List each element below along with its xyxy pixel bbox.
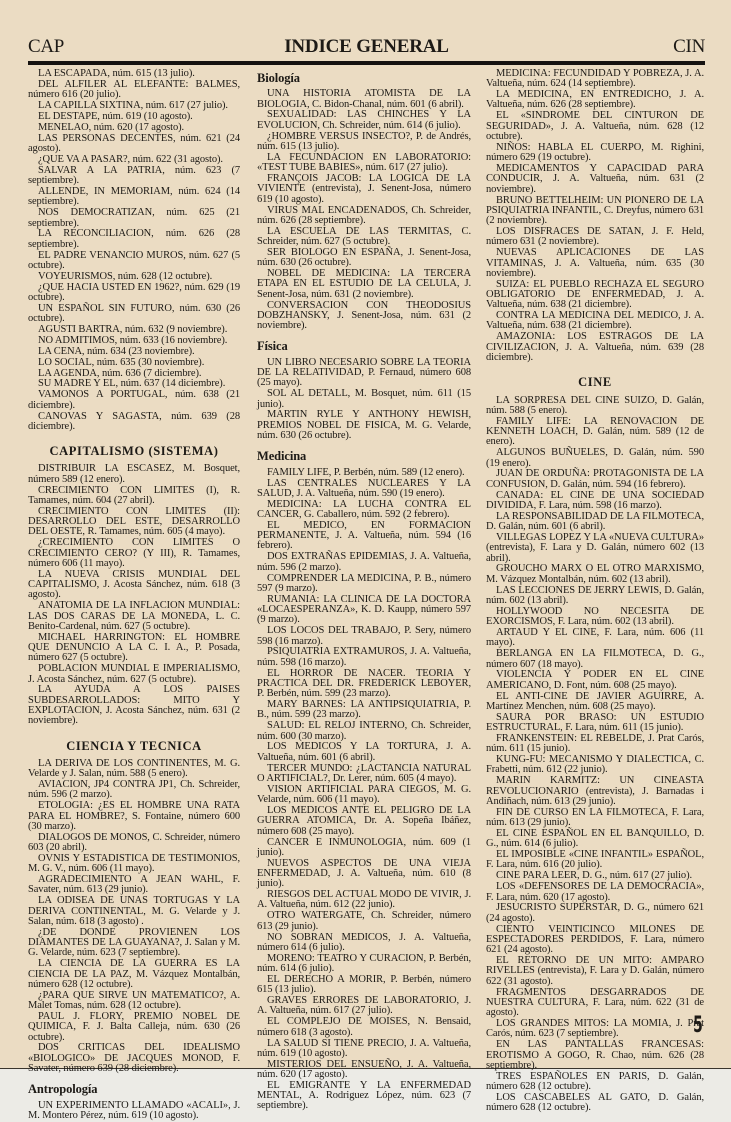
index-entry: ANATOMIA DE LA INFLACION MUNDIAL: LAS DO…	[28, 601, 240, 632]
index-entry: LOS MEDICOS ANTE EL PELIGRO DE LA GUERRA…	[257, 806, 471, 837]
subsection-heading: Medicina	[257, 451, 471, 461]
index-entry: VISION ARTIFICIAL PARA CIEGOS, M. G. Vel…	[257, 785, 471, 806]
index-entry: CONTRA LA MEDICINA DEL MEDICO, J. A. Val…	[486, 311, 704, 332]
index-entry: CRECIMIENTO CON LIMITES (I), R. Tamames,…	[28, 486, 240, 507]
index-entry: SALVAR A LA PATRIA, núm. 623 (7 septiemb…	[28, 166, 240, 187]
index-entry: LA RECONCILIACION, núm. 626 (28 septiemb…	[28, 229, 240, 250]
index-entry: JUAN DE ORDUÑA: PROTAGONISTA DE LA CONFU…	[486, 469, 704, 490]
index-entry: LA AYUDA A LOS PAISES SUBDESARROLLADOS: …	[28, 685, 240, 726]
index-entry: CIENTO VEINTICINCO MILONES DE ESPECTADOR…	[486, 925, 704, 956]
index-entry: AVIACION, JP4 CONTRA JP1, Ch. Schreider,…	[28, 780, 240, 801]
index-entry: LAS LECCIONES DE JERRY LEWIS, D. Galán, …	[486, 586, 704, 607]
index-entry: ¿CRECIMIENTO CON LIMITES O CRECIMIENTO C…	[28, 538, 240, 569]
index-entry: VAMONOS A PORTUGAL, núm. 638 (21 diciemb…	[28, 390, 240, 411]
index-entry: UN ESPAÑOL SIN FUTURO, núm. 630 (26 octu…	[28, 304, 240, 325]
index-entry: BRUNO BETTELHEIM: UN PIONERO DE LA PSIQU…	[486, 196, 704, 227]
index-entry: LA AGENDA, núm. 636 (7 diciembre).	[28, 369, 240, 379]
index-entry: NOBEL DE MEDICINA: LA TERCERA ETAPA EN E…	[257, 269, 471, 300]
index-entry: FRANKENSTEIN: EL REBELDE, J. Prat Carós,…	[486, 734, 704, 755]
index-entry: AGRADECIMIENTO A JEAN WAHL, F. Savater, …	[28, 875, 240, 896]
index-entry: EL ANTI-CINE DE JAVIER AGUIRRE, A. Martí…	[486, 692, 704, 713]
index-entry: SOL AL DETALL, M. Bosquet, núm. 611 (15 …	[257, 389, 471, 410]
index-entry: FIN DE CURSO EN LA FILMOTECA, F. Lara, n…	[486, 808, 704, 829]
section-heading: CIENCIA Y TECNICA	[28, 741, 240, 751]
index-entry: MEDICAMENTOS Y CAPACIDAD PARA CONDUCIR, …	[486, 164, 704, 195]
index-entry: LA ESCAPADA, núm. 615 (13 julio).	[28, 69, 240, 79]
index-entry: FAMILY LIFE, P. Berbén, núm. 589 (12 ene…	[257, 468, 471, 478]
index-entry: LA SALUD SI TIENE PRECIO, J. A. Valtueña…	[257, 1039, 471, 1060]
index-entry: ¿QUE HACIA USTED EN 1962?, núm. 629 (19 …	[28, 283, 240, 304]
index-entry: ¿PARA QUE SIRVE UN MATEMATICO?, A. Malet…	[28, 991, 240, 1012]
index-entry: EL «SINDROME DEL CINTURON DE SEGURIDAD»,…	[486, 111, 704, 142]
header-right-keyword: CIN	[673, 36, 705, 58]
index-entry: LA NUEVA CRISIS MUNDIAL DEL CAPITALISMO,…	[28, 570, 240, 601]
index-entry: LA CENA, núm. 634 (23 noviembre).	[28, 347, 240, 357]
index-entry: EL DESTAPE, núm. 619 (10 agosto).	[28, 112, 240, 122]
index-entry: EL MEDICO, EN FORMACION PERMANENTE, J. A…	[257, 521, 471, 552]
index-entry: ALGUNOS BUÑUELES, D. Galán, núm. 590 (19…	[486, 448, 704, 469]
index-entry: FRAGMENTOS DESGARRADOS DE NUESTRA CULTUR…	[486, 988, 704, 1019]
index-entry: CRECIMIENTO CON LIMITES (II): DESARROLLO…	[28, 507, 240, 538]
index-entry: NIÑOS: HABLA EL CUERPO, M. Righini, núme…	[486, 143, 704, 164]
index-entry: LA SORPRESA DEL CINE SUIZO, D. Galán, nú…	[486, 396, 704, 417]
index-entry: RIESGOS DEL ACTUAL MODO DE VIVIR, J. A. …	[257, 890, 471, 911]
index-entry: CONVERSACION CON THEODOSIUS DOBZHANSKY, …	[257, 301, 471, 332]
page-title: INDICE GENERAL	[28, 36, 705, 58]
index-entry: VIRUS MAL ENCADENADOS, Ch. Schreider, nú…	[257, 206, 471, 227]
index-entry: AGUSTI BARTRA, núm. 632 (9 noviembre).	[28, 325, 240, 335]
index-entry: LOS MEDICOS Y LA TORTURA, J. A. Valtueña…	[257, 742, 471, 763]
index-entry: LA CAPILLA SIXTINA, núm. 617 (27 julio).	[28, 101, 240, 111]
index-entry: LA MEDICINA, EN ENTREDICHO, J. A. Valtue…	[486, 90, 704, 111]
index-entry: PAUL J. FLORY, PREMIO NOBEL DE QUIMICA, …	[28, 1012, 240, 1043]
page-number: 5	[693, 1013, 703, 1038]
index-entry: DOS CRITICAS DEL IDEALISMO «BIOLOGICO» D…	[28, 1043, 240, 1071]
index-entry: PSIQUIATRIA EXTRAMUROS, J. A. Valtueña, …	[257, 647, 471, 668]
index-entry: SAURA POR BRASO: UN ESTUDIO ESTRUCTURAL,…	[486, 713, 704, 734]
index-entry: EL CINE ESPAÑOL EN EL BANQUILLO, D. G., …	[486, 829, 704, 850]
index-entry: FAMILY LIFE: LA RENOVACION DE KENNETH LO…	[486, 417, 704, 448]
index-entry: LA RESPONSABILIDAD DE LA FILMOTECA, D. G…	[486, 512, 704, 533]
index-entry: DEL ALFILER AL ELEFANTE: BALMES, número …	[28, 80, 240, 101]
index-entry: BERLANGA EN LA FILMOTECA, D. G., número …	[486, 649, 704, 670]
subsection-heading: Física	[257, 341, 471, 351]
index-entry: NUEVOS ASPECTOS DE UNA VIEJA ENFERMEDAD,…	[257, 859, 471, 890]
index-entry: EL COMPLEJO DE MOISES, N. Bensaid, númer…	[257, 1017, 471, 1038]
index-entry: EL DERECHO A MORIR, P. Berbén, número 61…	[257, 975, 471, 996]
index-entry: FRANÇOIS JACOB: LA LOGICA DE LA VIVIENTE…	[257, 174, 471, 205]
section-heading: CAPITALISMO (SISTEMA)	[28, 446, 240, 456]
index-entry: ¿DE DONDE PROVIENEN LOS DIAMANTES DE LA …	[28, 928, 240, 959]
index-entry: JESUCRISTO SUPERSTAR, D. G., número 621 …	[486, 903, 704, 924]
index-entry: SU MADRE Y EL, núm. 637 (14 diciembre).	[28, 379, 240, 389]
index-entry: EL RETORNO DE UN MITO: AMPARO RIVELLES (…	[486, 956, 704, 987]
running-header: CAP INDICE GENERAL CIN	[28, 36, 705, 60]
index-entry: MEDICINA: FECUNDIDAD Y POBREZA, J. A. Va…	[486, 69, 704, 90]
index-entry: NUEVAS APLICACIONES DE LAS VITAMINAS, J.…	[486, 248, 704, 279]
index-entry: HOLLYWOOD NO NECESITA DE EXORCISMOS, F. …	[486, 607, 704, 628]
index-entry: LOS «DEFENSORES DE LA DEMOCRACIA», F. La…	[486, 882, 704, 903]
index-entry: OVNIS Y ESTADISTICA DE TESTIMONIOS, M. G…	[28, 854, 240, 875]
index-entry: DISTRIBUIR LA ESCASEZ, M. Bosquet, númer…	[28, 464, 240, 485]
index-entry: EN LAS PANTALLAS FRANCESAS: EROTISMO A G…	[486, 1040, 704, 1071]
index-entry: MARIN KARMITZ: UN CINEASTA REVOLUCIONARI…	[486, 776, 704, 807]
index-entry: ARTAUD Y EL CINE, F. Lara, núm. 606 (11 …	[486, 628, 704, 649]
index-entry: POBLACION MUNDIAL E IMPERIALISMO, J. Aco…	[28, 664, 240, 685]
index-entry: LA ODISEA DE UNAS TORTUGAS Y LA DERIVA C…	[28, 896, 240, 927]
index-entry: LOS LOCOS DEL TRABAJO, P. Sery, número 5…	[257, 626, 471, 647]
index-entry: EL PADRE VENANCIO MUROS, núm. 627 (5 oct…	[28, 251, 240, 272]
index-page: CAP INDICE GENERAL CIN LA ESCAPADA, núm.…	[0, 0, 731, 1069]
index-entry: SEXUALIDAD: LAS CHINCHES Y LA EVOLUCION,…	[257, 110, 471, 131]
index-entry: DIALOGOS DE MONOS, C. Schreider, número …	[28, 833, 240, 854]
index-entry: COMPRENDER LA MEDICINA, P. B., número 59…	[257, 574, 471, 595]
index-entry: CANADA: EL CINE DE UNA SOCIEDAD DIVIDIDA…	[486, 491, 704, 512]
index-entry: MEDICINA: LA LUCHA CONTRA EL CANCER, G. …	[257, 500, 471, 521]
index-entry: KUNG-FU: MECANISMO Y DIALECTICA, C. Frab…	[486, 755, 704, 776]
index-entry: LO SOCIAL, núm. 635 (30 noviembre).	[28, 358, 240, 368]
index-entry: ¿QUE VA A PASAR?, núm. 622 (31 agosto).	[28, 155, 240, 165]
index-entry: ETOLOGIA: ¿ES EL HOMBRE UNA RATA PARA EL…	[28, 801, 240, 832]
column-1: LA ESCAPADA, núm. 615 (13 julio).DEL ALF…	[28, 69, 240, 1071]
index-entry: LA CIENCIA DE LA GUERRA ES LA CIENCIA DE…	[28, 959, 240, 990]
index-entry: CANCER E INMUNOLOGIA, núm. 609 (1 junio)…	[257, 838, 471, 859]
index-entry: GRAVES ERRORES DE LABORATORIO, J. A. Val…	[257, 996, 471, 1017]
header-rule	[28, 61, 705, 65]
index-entry: NO ADMITIMOS, núm. 633 (16 noviembre).	[28, 336, 240, 346]
index-entry: MENELAO, núm. 620 (17 agosto).	[28, 123, 240, 133]
index-entry: MORENO: TEATRO Y CURACION, P. Berbén, nú…	[257, 954, 471, 975]
index-entry: LAS CENTRALES NUCLEARES Y LA SALUD, J. A…	[257, 479, 471, 500]
index-entry: VOYEURISMOS, núm. 628 (12 octubre).	[28, 272, 240, 282]
index-entry: MISTERIOS DEL ENSUEÑO, J. A. Valtueña, n…	[257, 1060, 471, 1071]
index-entry: LA ESCUELA DE LAS TERMITAS, C. Schreider…	[257, 227, 471, 248]
index-entry: ¿HOMBRE VERSUS INSECTO?, P. de Andrés, n…	[257, 132, 471, 153]
index-entry: OTRO WATERGATE, Ch. Schreider, número 61…	[257, 911, 471, 932]
index-entry: EL HORROR DE NACER. TEORIA Y PRACTICA DE…	[257, 669, 471, 700]
index-entry: LA FECUNDACION EN LABORATORIO: «TEST TUB…	[257, 153, 471, 174]
index-entry: CINE PARA LEER, D. G., núm. 617 (27 juli…	[486, 871, 704, 881]
index-entry: NO SOBRAN MEDICOS, J. A. Valtueña, númer…	[257, 933, 471, 954]
index-entry: SALUD: EL RELOJ INTERNO, Ch. Schreider, …	[257, 721, 471, 742]
index-entry: LOS DISFRACES DE SATAN, J. F. Held, núme…	[486, 227, 704, 248]
index-entry: DOS EXTRAÑAS EPIDEMIAS, J. A. Valtueña, …	[257, 552, 471, 573]
index-entry: SUIZA: EL PUEBLO RECHAZA EL SEGURO OBLIG…	[486, 280, 704, 311]
index-entry: NOS DEMOCRATIZAN, núm. 625 (21 septiembr…	[28, 208, 240, 229]
index-entry: ALLENDE, IN MEMORIAM, núm. 624 (14 septi…	[28, 187, 240, 208]
index-entry: VIOLENCIA Y PODER EN EL CINE AMERICANO, …	[486, 670, 704, 691]
index-entry: AMAZONIA: LOS ESTRAGOS DE LA CIVILIZACIO…	[486, 332, 704, 363]
index-entry: RUMANIA: LA CLINICA DE LA DOCTORA «LOCAE…	[257, 595, 471, 626]
column-2: BiologíaUNA HISTORIA ATOMISTA DE LA BIOL…	[257, 69, 471, 1071]
index-entry: LA DERIVA DE LOS CONTINENTES, M. G. Vela…	[28, 759, 240, 780]
index-entry: GROUCHO MARX O EL OTRO MARXISMO, M. Vázq…	[486, 564, 704, 585]
index-entry: EL IMPOSIBLE «CINE INFANTIL» ESPAÑOL, F.…	[486, 850, 704, 871]
index-entry: LAS PERSONAS DECENTES, núm. 621 (24 agos…	[28, 134, 240, 155]
subsection-heading: Biología	[257, 73, 471, 83]
column-3: MEDICINA: FECUNDIDAD Y POBREZA, J. A. Va…	[486, 69, 704, 1071]
index-entry: VILLEGAS LOPEZ Y LA «NUEVA CULTURA» (ent…	[486, 533, 704, 564]
index-entry: MARTIN RYLE Y ANTHONY HEWISH, PREMIOS NO…	[257, 410, 471, 441]
index-entry: UNA HISTORIA ATOMISTA DE LA BIOLOGIA, C.…	[257, 89, 471, 110]
index-entry: TERCER MUNDO: ¿LACTANCIA NATURAL O ARTIF…	[257, 764, 471, 785]
section-heading: CINE	[486, 377, 704, 387]
index-entry: CANOVAS Y SAGASTA, núm. 639 (28 diciembr…	[28, 412, 240, 433]
index-entry: MICHAEL HARRINGTON: EL HOMBRE QUE DENUNC…	[28, 633, 240, 664]
index-entry: MARY BARNES: LA ANTIPSIQUIATRIA, P. B., …	[257, 700, 471, 721]
index-entry: UN LIBRO NECESARIO SOBRE LA TEORIA DE LA…	[257, 358, 471, 389]
index-entry: LOS GRANDES MITOS: LA MOMIA, J. Prat Car…	[486, 1019, 704, 1040]
index-entry: SER BIOLOGO EN ESPAÑA, J. Senent-Josa, n…	[257, 248, 471, 269]
